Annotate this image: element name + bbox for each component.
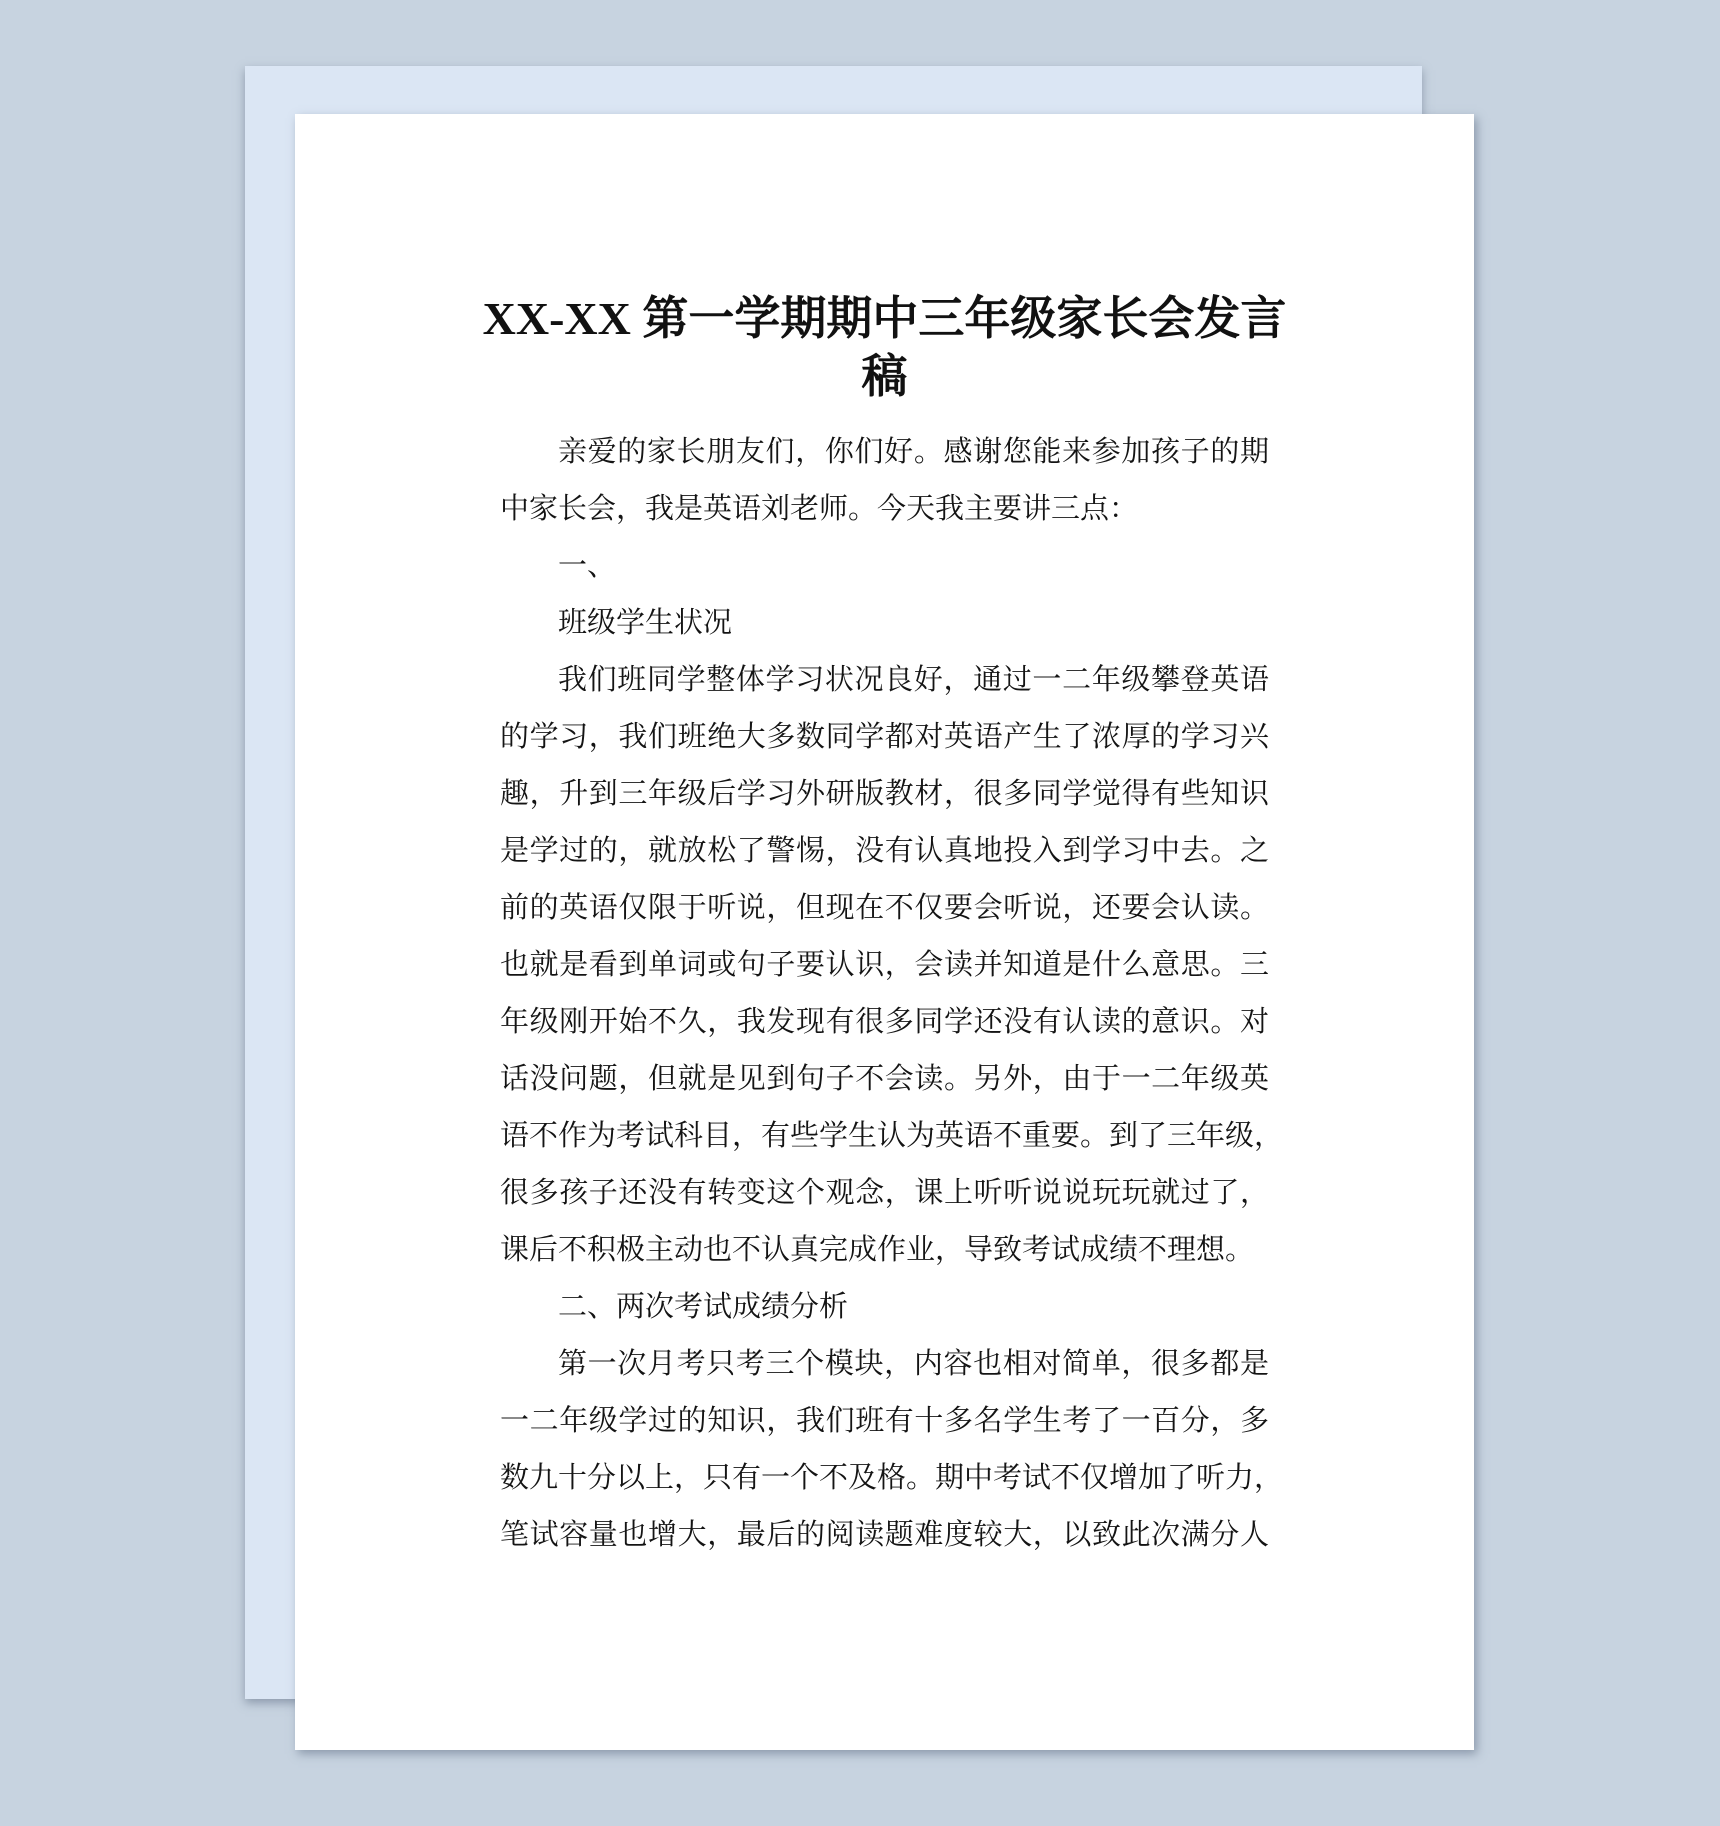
canvas-background: XX-XX 第一学期期中三年级家长会发言 稿 亲爱的家长朋友们，你们好。感谢您能…	[0, 0, 1720, 1826]
text-line: 一、	[500, 538, 1269, 595]
document-title-line-1: XX-XX 第一学期期中三年级家长会发言	[295, 290, 1474, 348]
document-page: XX-XX 第一学期期中三年级家长会发言 稿 亲爱的家长朋友们，你们好。感谢您能…	[295, 114, 1474, 1750]
text-line: 课后不积极主动也不认真完成作业，导致考试成绩不理想。	[500, 1222, 1269, 1279]
text-line: 第一次月考只考三个模块，内容也相对简单，很多都是	[500, 1336, 1269, 1393]
text-line: 的学习，我们班绝大多数同学都对英语产生了浓厚的学习兴	[500, 709, 1269, 766]
text-line: 中家长会，我是英语刘老师。今天我主要讲三点：	[500, 481, 1269, 538]
text-line: 前的英语仅限于听说，但现在不仅要会听说，还要会认读。	[500, 880, 1269, 937]
text-line: 我们班同学整体学习状况良好，通过一二年级攀登英语	[500, 652, 1269, 709]
text-line: 笔试容量也增大，最后的阅读题难度较大，以致此次满分人	[500, 1507, 1269, 1564]
text-line: 班级学生状况	[500, 595, 1269, 652]
text-line: 年级刚开始不久，我发现有很多同学还没有认读的意识。对	[500, 994, 1269, 1051]
text-line: 一二年级学过的知识，我们班有十多名学生考了一百分，多	[500, 1393, 1269, 1450]
text-line: 话没问题，但就是见到句子不会读。另外，由于一二年级英	[500, 1051, 1269, 1108]
text-line: 趣，升到三年级后学习外研版教材，很多同学觉得有些知识	[500, 766, 1269, 823]
text-line: 数九十分以上，只有一个不及格。期中考试不仅增加了听力，	[500, 1450, 1269, 1507]
document-body: 亲爱的家长朋友们，你们好。感谢您能来参加孩子的期中家长会，我是英语刘老师。今天我…	[295, 424, 1474, 1564]
document-title: XX-XX 第一学期期中三年级家长会发言 稿	[295, 290, 1474, 406]
text-line: 语不作为考试科目，有些学生认为英语不重要。到了三年级，	[500, 1108, 1269, 1165]
text-line: 二、两次考试成绩分析	[500, 1279, 1269, 1336]
document-title-line-2: 稿	[295, 348, 1474, 406]
text-line: 很多孩子还没有转变这个观念，课上听听说说玩玩就过了，	[500, 1165, 1269, 1222]
text-line: 也就是看到单词或句子要认识，会读并知道是什么意思。三	[500, 937, 1269, 994]
text-line: 是学过的，就放松了警惕，没有认真地投入到学习中去。之	[500, 823, 1269, 880]
text-line: 亲爱的家长朋友们，你们好。感谢您能来参加孩子的期	[500, 424, 1269, 481]
